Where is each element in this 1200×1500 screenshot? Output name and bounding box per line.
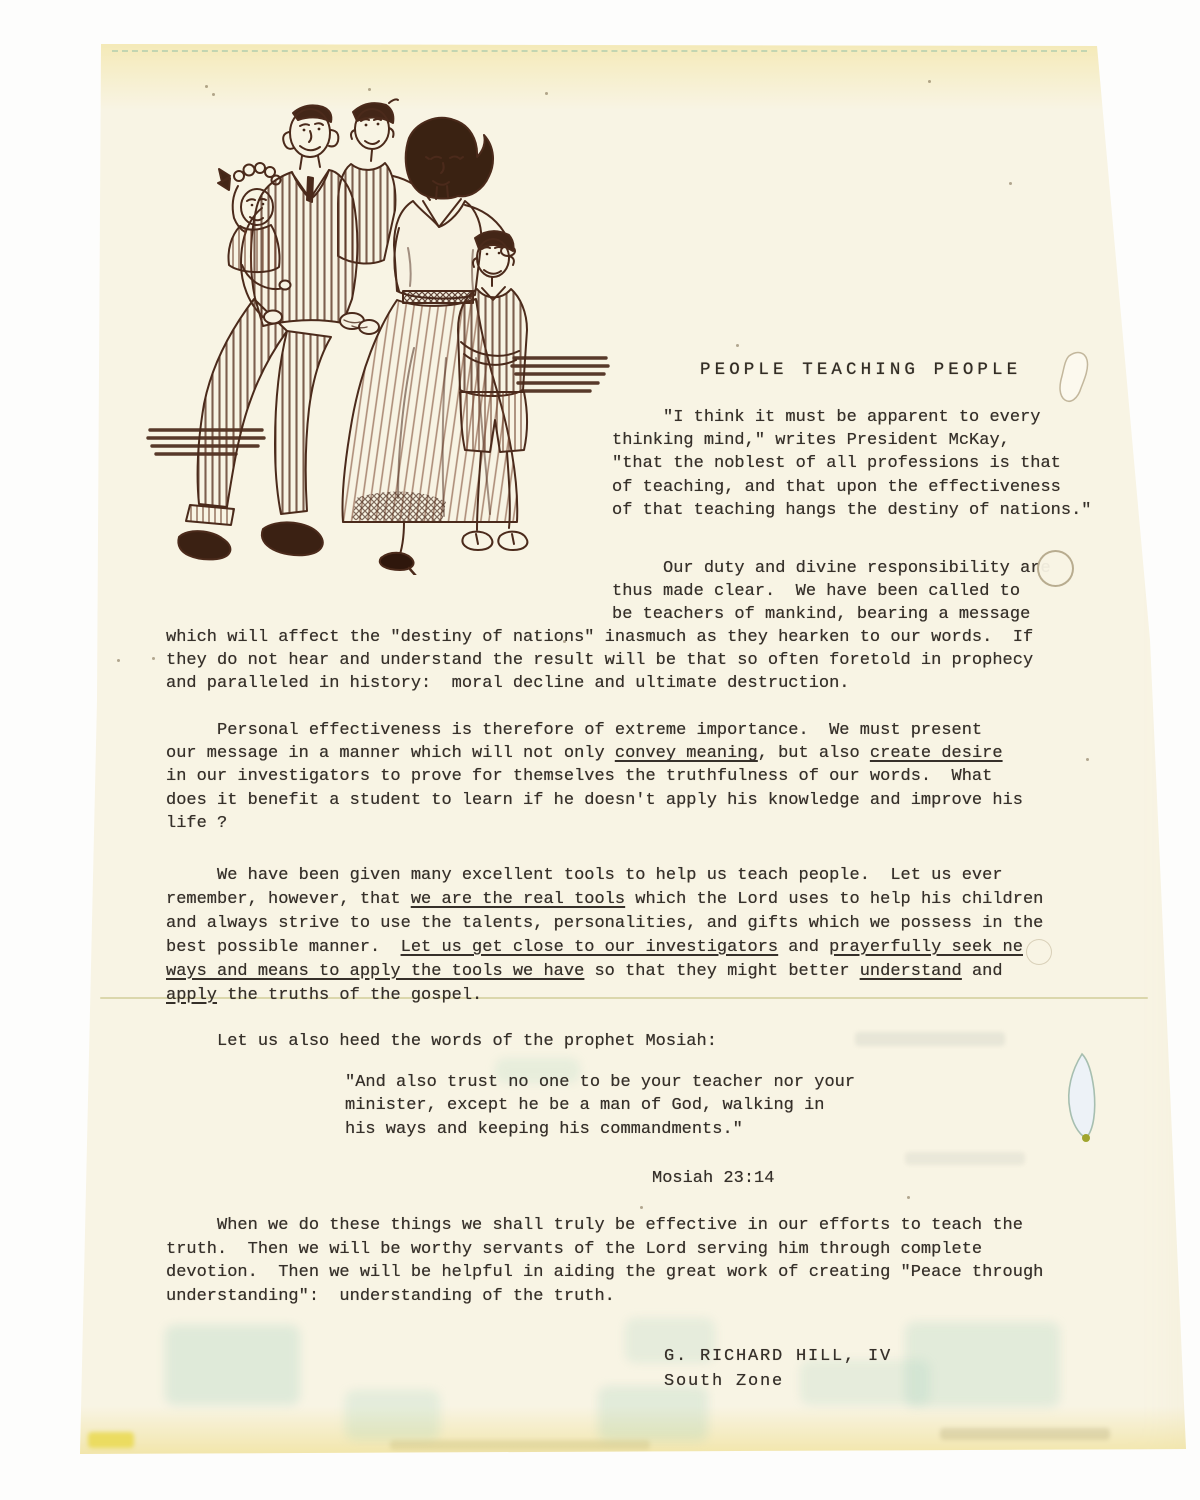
dust-speck — [736, 344, 739, 347]
text-line: When we do these things we shall truly b… — [166, 1214, 1043, 1238]
text-line: his ways and keeping his commandments." — [345, 1118, 855, 1141]
stain — [88, 1432, 134, 1448]
dust-speck — [1086, 758, 1089, 761]
text-line: best possible manner. Let us get close t… — [166, 936, 1043, 960]
paper-tear-mark — [1062, 1050, 1112, 1150]
paper-sheet: PEOPLE TEACHING PEOPLE "I think it must … — [0, 0, 1200, 1500]
bleedthrough-smudge — [390, 1440, 650, 1450]
dust-speck — [907, 1196, 910, 1199]
scan-edge-line — [112, 50, 1087, 52]
stain — [598, 1386, 708, 1441]
text-line: life ? — [166, 812, 1023, 835]
text-line: they do not hear and understand the resu… — [166, 649, 1033, 672]
text-line: ways and means to apply the tools we hav… — [166, 960, 1043, 984]
line-heed-mosiah: Let us also heed the words of the prophe… — [166, 1030, 717, 1053]
text-line: "that the noblest of all professions is … — [612, 452, 1091, 475]
signature-name: G. RICHARD HILL, IV — [664, 1345, 892, 1368]
dust-speck — [152, 657, 155, 660]
text-line: devotion. Then we will be helpful in aid… — [166, 1261, 1043, 1285]
text-line: understanding": understanding of the tru… — [166, 1285, 1043, 1309]
text-line: minister, except he be a man of God, wal… — [345, 1094, 855, 1117]
paragraph-tools: We have been given many excellent tools … — [166, 864, 1043, 1008]
text-line: of that teaching hangs the destiny of na… — [612, 499, 1091, 522]
paragraph-mckay-quote: "I think it must be apparent to everythi… — [612, 406, 1091, 522]
paragraph-closing: When we do these things we shall truly b… — [166, 1214, 1043, 1309]
dust-speck — [640, 1206, 643, 1209]
bleedthrough-smudge — [940, 1428, 1110, 1440]
stain — [345, 1390, 440, 1440]
scanned-letter-page: PEOPLE TEACHING PEOPLE "I think it must … — [0, 0, 1200, 1500]
text-line: Personal effectiveness is therefore of e… — [166, 719, 1023, 742]
text-line: which will affect the "destiny of nation… — [166, 626, 1033, 649]
text-line: does it benefit a student to learn if he… — [166, 789, 1023, 812]
dust-speck — [1009, 182, 1012, 185]
paper-flaw-blob — [1055, 348, 1100, 413]
family-illustration — [146, 58, 643, 575]
signature-zone: South Zone — [664, 1370, 784, 1393]
bleedthrough-smudge — [905, 1152, 1025, 1165]
text-line: remember, however, that we are the real … — [166, 888, 1043, 912]
text-line: "I think it must be apparent to every — [612, 406, 1091, 429]
dust-speck — [928, 80, 931, 83]
page-title: PEOPLE TEACHING PEOPLE — [700, 359, 1021, 382]
text-line: be teachers of mankind, bearing a messag… — [612, 603, 1051, 626]
text-line: thinking mind," writes President McKay, — [612, 429, 1091, 452]
text-line: in our investigators to prove for themse… — [166, 765, 1023, 788]
clasped-hands — [340, 313, 379, 334]
father-figure — [178, 105, 357, 559]
paragraph-personal-effectiveness: Personal effectiveness is therefore of e… — [166, 719, 1023, 835]
hole-punch-ring — [1037, 550, 1074, 587]
text-line: We have been given many excellent tools … — [166, 864, 1043, 888]
text-line: apply the truths of the gospel. — [166, 984, 1043, 1008]
scripture-quote: "And also trust no one to be your teache… — [345, 1071, 855, 1141]
text-line: Our duty and divine responsibility are — [612, 557, 1051, 580]
paragraph-duty-full-width: which will affect the "destiny of nation… — [166, 626, 1033, 696]
paragraph-duty-right-column: Our duty and divine responsibility areth… — [612, 557, 1051, 627]
stain — [165, 1325, 300, 1405]
text-line: and always strive to use the talents, pe… — [166, 912, 1043, 936]
text-line: truth. Then we will be worthy servants o… — [166, 1238, 1043, 1262]
text-line: our message in a manner which will not o… — [166, 742, 1023, 765]
dust-speck — [117, 659, 120, 662]
hole-punch-ghost — [1026, 939, 1052, 965]
text-line: thus made clear. We have been called to — [612, 580, 1051, 603]
text-line: Let us also heed the words of the prophe… — [166, 1030, 717, 1053]
text-line: "And also trust no one to be your teache… — [345, 1071, 855, 1094]
bleedthrough-smudge — [855, 1032, 1005, 1046]
text-line: and paralleled in history: moral decline… — [166, 672, 1033, 695]
scripture-reference: Mosiah 23:14 — [652, 1167, 774, 1190]
text-line: of teaching, and that upon the effective… — [612, 476, 1091, 499]
